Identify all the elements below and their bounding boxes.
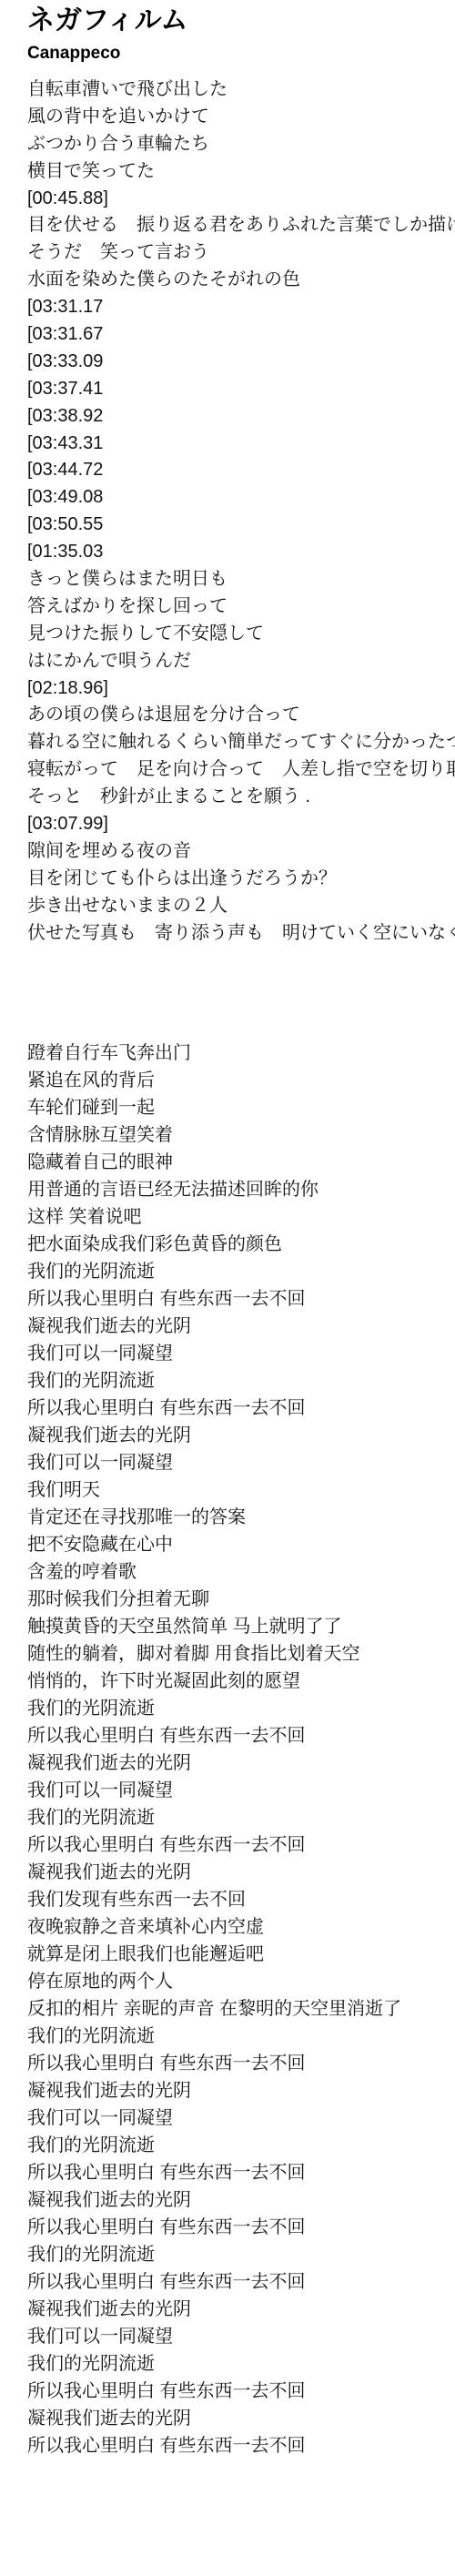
section-gap: [27, 948, 455, 1040]
lyric-line: 我们发现有些东西一去不回: [27, 1886, 455, 1913]
lyric-line: 那时候我们分担着无聊: [27, 1586, 455, 1613]
lyric-line: 凝视我们逝去的光阴: [27, 2186, 455, 2214]
lyric-line: 暮れる空に触れるくらい簡単だってすぐに分かったつ: [27, 729, 455, 756]
lyric-line: [03:38.92: [27, 403, 455, 431]
lyric-line: 寝転がって 足を向け合って 人差し指で空を切り取: [27, 756, 455, 784]
lyric-line: 含情脉脉互望笑着: [27, 1121, 455, 1149]
lyric-line: 把不安隐藏在心中: [27, 1531, 455, 1558]
lyric-line: 我们可以一同凝望: [27, 1449, 455, 1476]
lyric-line: 就算是闭上眼我们也能邂逅吧: [27, 1941, 455, 1968]
lyric-line: 答えばかりを探し回って: [27, 593, 455, 621]
lyric-line: [01:35.03: [27, 539, 455, 566]
lyric-line: きっと僕らはまた明日も: [27, 566, 455, 593]
lyric-line: 肯定还在寻找那唯一的答案: [27, 1504, 455, 1531]
lyric-line: あの頃の僕らは退屈を分け合って: [27, 702, 455, 729]
lyric-line: 凝视我们逝去的光阴: [27, 2077, 455, 2104]
lyric-line: [03:50.55: [27, 512, 455, 539]
lyric-line: 蹬着自行车飞奔出门: [27, 1040, 455, 1067]
lyric-line: ぶつかり合う車輪たち: [27, 131, 455, 158]
lyric-line: そっと 秒針が止まることを願う .: [27, 784, 455, 811]
lyric-line: はにかんで唄うんだ: [27, 648, 455, 675]
lyric-line: 我们的光阴流逝: [27, 2023, 455, 2050]
lyric-line: 所以我心里明白 有些东西一去不回: [27, 2432, 455, 2459]
lyric-line: 我们可以一同凝望: [27, 1340, 455, 1367]
lyric-line: 凝视我们逝去的光阴: [27, 1859, 455, 1886]
lyric-line: [03:33.09: [27, 349, 455, 376]
lyric-line: 自転車漕いで飛び出した: [27, 76, 455, 104]
lyrics-translation-section: 蹬着自行车飞奔出门紧追在风的背后车轮们碰到一起含情脉脉互望笑着隐藏着自己的眼神用…: [27, 1040, 455, 2459]
lyric-line: 所以我心里明白 有些东西一去不回: [27, 1722, 455, 1749]
lyric-line: 这样 笑着说吧: [27, 1203, 455, 1231]
lyric-line: 用普通的言语已经无法描述回眸的你: [27, 1176, 455, 1203]
lyric-line: 目を闭じても仆らは出逢うだろうか？: [27, 866, 455, 893]
lyric-line: 触摸黄昏的天空虽然简单 马上就明了了: [27, 1613, 455, 1640]
lyric-line: 凝视我们逝去的光阴: [27, 1749, 455, 1777]
lyric-line: 含羞的哼着歌: [27, 1558, 455, 1586]
lyric-line: [03:43.31: [27, 431, 455, 458]
lyric-line: 紧追在风的背后: [27, 1067, 455, 1094]
lyric-line: [00:45.88]: [27, 186, 455, 213]
lyric-line: 所以我心里明白 有些东西一去不回: [27, 1394, 455, 1422]
song-title: ネガフィルム: [27, 4, 455, 38]
lyric-line: 我们的光阴流逝: [27, 1258, 455, 1285]
lyric-line: [03:07.99]: [27, 811, 455, 838]
lyric-line: 伏せた写真も 寄り添う声も 明けていく空にいなく: [27, 920, 455, 948]
lyric-line: 我们的光阴流逝: [27, 2241, 455, 2268]
lyrics-original-section: 自転車漕いで飛び出した風の背中を追いかけてぶつかり合う車輪たち横目で笑ってた[0…: [27, 76, 455, 948]
lyric-line: 横目で笑ってた: [27, 158, 455, 186]
lyric-line: 我们的光阴流逝: [27, 1804, 455, 1831]
lyric-line: 風の背中を追いかけて: [27, 104, 455, 131]
lyric-line: 所以我心里明白 有些东西一去不回: [27, 2050, 455, 2077]
lyric-line: 我们可以一同凝望: [27, 1777, 455, 1804]
lyric-line: 反扣的相片 亲昵的声音 在黎明的天空里消逝了: [27, 1995, 455, 2023]
lyric-line: 見つけた振りして不安隠して: [27, 621, 455, 648]
lyric-line: 隐藏着自己的眼神: [27, 1149, 455, 1176]
lyric-line: 所以我心里明白 有些东西一去不回: [27, 2378, 455, 2405]
lyric-line: 目を伏せる 振り返る君をありふれた言葉でしか描け: [27, 212, 455, 239]
lyric-line: 所以我心里明白 有些东西一去不回: [27, 2214, 455, 2241]
lyric-line: 所以我心里明白 有些东西一去不回: [27, 1831, 455, 1859]
lyric-line: 所以我心里明白 有些东西一去不回: [27, 2159, 455, 2186]
lyric-line: [03:31.17: [27, 294, 455, 321]
lyric-line: 车轮们碰到一起: [27, 1094, 455, 1121]
lyric-line: [03:31.67: [27, 321, 455, 349]
lyric-line: 所以我心里明白 有些东西一去不回: [27, 2268, 455, 2296]
lyric-line: 随性的躺着，脚对着脚 用食指比划着天空: [27, 1640, 455, 1668]
lyric-line: そうだ 笑って言おう: [27, 239, 455, 267]
lyric-line: 凝视我们逝去的光阴: [27, 1422, 455, 1449]
lyric-line: 水面を染めた僕らのたそがれの色: [27, 267, 455, 294]
lyric-line: 凝视我们逝去的光阴: [27, 1313, 455, 1340]
lyric-line: 把水面染成我们彩色黄昏的颜色: [27, 1231, 455, 1258]
lyric-line: [02:18.96]: [27, 675, 455, 703]
lyric-line: 歩き出せないままの２人: [27, 893, 455, 920]
lyric-line: 悄悄的，许下时光凝固此刻的愿望: [27, 1668, 455, 1695]
artist-name: Canappeco: [27, 43, 455, 65]
lyric-line: 我们的光阴流逝: [27, 1367, 455, 1394]
lyric-line: [03:49.08: [27, 484, 455, 512]
lyric-line: 隙间を埋める夜の音: [27, 838, 455, 866]
lyric-line: 我们可以一同凝望: [27, 2323, 455, 2350]
lyric-line: 停在原地的两个人: [27, 1968, 455, 1995]
lyric-line: 我们的光阴流逝: [27, 2350, 455, 2378]
lyric-line: [03:37.41: [27, 376, 455, 403]
lyric-line: 我们可以一同凝望: [27, 2104, 455, 2132]
lyric-line: 我们的光阴流逝: [27, 2132, 455, 2159]
lyric-line: 我们的光阴流逝: [27, 1695, 455, 1722]
lyric-line: 所以我心里明白 有些东西一去不回: [27, 1285, 455, 1313]
lyric-line: 凝视我们逝去的光阴: [27, 2296, 455, 2323]
lyric-line: 我们明天: [27, 1476, 455, 1504]
lyric-line: [03:44.72: [27, 457, 455, 484]
lyric-line: 凝视我们逝去的光阴: [27, 2405, 455, 2432]
lyric-line: 夜晚寂静之音来填补心内空虚: [27, 1913, 455, 1941]
lyrics-page: ネガフィルム Canappeco 自転車漕いで飛び出した風の背中を追いかけてぶつ…: [0, 0, 455, 2459]
